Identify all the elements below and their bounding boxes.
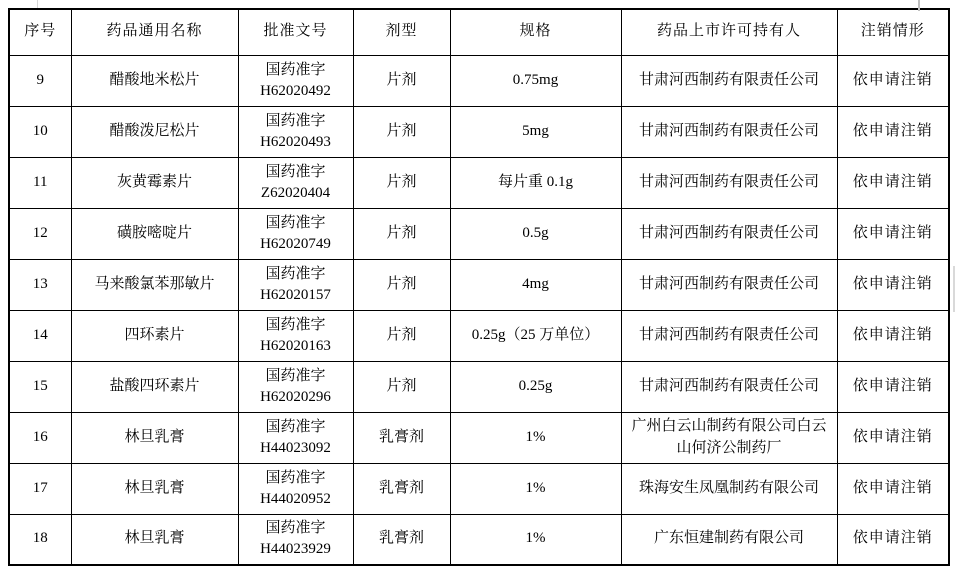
row-seq: 15 xyxy=(9,361,71,412)
row-seq: 13 xyxy=(9,259,71,310)
row-drug-name: 醋酸泼尼松片 xyxy=(71,106,238,157)
table-row: 9醋酸地米松片国药准字H62020492片剂0.75mg甘肃河西制药有限责任公司… xyxy=(9,55,949,106)
approval-prefix: 国药准字 xyxy=(245,213,347,234)
header-spec: 规格 xyxy=(450,9,621,55)
row-drug-name: 磺胺嘧啶片 xyxy=(71,208,238,259)
row-spec: 1% xyxy=(450,463,621,514)
approval-prefix: 国药准字 xyxy=(245,315,347,336)
row-status: 依申请注销 xyxy=(837,412,949,463)
table-row: 15盐酸四环素片国药准字H62020296片剂0.25g甘肃河西制药有限责任公司… xyxy=(9,361,949,412)
approval-number: H62020492 xyxy=(245,81,347,102)
header-drug-name: 药品通用名称 xyxy=(71,9,238,55)
row-status: 依申请注销 xyxy=(837,310,949,361)
row-spec: 5mg xyxy=(450,106,621,157)
approval-number: H62020493 xyxy=(245,132,347,153)
table-row: 18林旦乳膏国药准字H44023929乳膏剂1%广东恒建制药有限公司依申请注销 xyxy=(9,514,949,565)
row-holder: 甘肃河西制药有限责任公司 xyxy=(621,157,837,208)
row-holder: 广东恒建制药有限公司 xyxy=(621,514,837,565)
row-approval-no: 国药准字H62020493 xyxy=(238,106,353,157)
row-seq: 10 xyxy=(9,106,71,157)
row-spec: 1% xyxy=(450,514,621,565)
row-seq: 16 xyxy=(9,412,71,463)
row-status: 依申请注销 xyxy=(837,361,949,412)
row-spec: 0.25g xyxy=(450,361,621,412)
approval-prefix: 国药准字 xyxy=(245,518,347,539)
scan-artifact xyxy=(918,0,920,11)
row-approval-no: 国药准字H62020163 xyxy=(238,310,353,361)
table-row: 17林旦乳膏国药准字H44020952乳膏剂1%珠海安生凤凰制药有限公司依申请注… xyxy=(9,463,949,514)
approval-prefix: 国药准字 xyxy=(245,417,347,438)
row-approval-no: 国药准字H62020296 xyxy=(238,361,353,412)
row-spec: 0.75mg xyxy=(450,55,621,106)
row-dosage-form: 乳膏剂 xyxy=(353,463,450,514)
row-holder: 甘肃河西制药有限责任公司 xyxy=(621,361,837,412)
approval-prefix: 国药准字 xyxy=(245,111,347,132)
row-spec: 每片重 0.1g xyxy=(450,157,621,208)
row-approval-no: 国药准字H44020952 xyxy=(238,463,353,514)
row-spec: 4mg xyxy=(450,259,621,310)
row-approval-no: 国药准字Z62020404 xyxy=(238,157,353,208)
header-holder: 药品上市许可持有人 xyxy=(621,9,837,55)
row-spec: 0.5g xyxy=(450,208,621,259)
row-seq: 11 xyxy=(9,157,71,208)
row-drug-name: 林旦乳膏 xyxy=(71,514,238,565)
row-holder: 甘肃河西制药有限责任公司 xyxy=(621,106,837,157)
approval-prefix: 国药准字 xyxy=(245,468,347,489)
row-holder: 甘肃河西制药有限责任公司 xyxy=(621,259,837,310)
row-spec: 1% xyxy=(450,412,621,463)
row-drug-name: 林旦乳膏 xyxy=(71,412,238,463)
row-dosage-form: 乳膏剂 xyxy=(353,412,450,463)
row-approval-no: 国药准字H44023092 xyxy=(238,412,353,463)
row-seq: 9 xyxy=(9,55,71,106)
approval-number: Z62020404 xyxy=(245,183,347,204)
row-dosage-form: 片剂 xyxy=(353,55,450,106)
approval-number: H62020296 xyxy=(245,387,347,408)
row-status: 依申请注销 xyxy=(837,259,949,310)
approval-prefix: 国药准字 xyxy=(245,264,347,285)
row-dosage-form: 乳膏剂 xyxy=(353,514,450,565)
row-dosage-form: 片剂 xyxy=(353,157,450,208)
row-holder: 珠海安生凤凰制药有限公司 xyxy=(621,463,837,514)
table-header-row: 序号 药品通用名称 批准文号 剂型 规格 药品上市许可持有人 注销情形 xyxy=(9,9,949,55)
row-spec: 0.25g（25 万单位） xyxy=(450,310,621,361)
approval-number: H44023929 xyxy=(245,539,347,560)
header-approval-no: 批准文号 xyxy=(238,9,353,55)
row-seq: 14 xyxy=(9,310,71,361)
table-row: 14四环素片国药准字H62020163片剂0.25g（25 万单位）甘肃河西制药… xyxy=(9,310,949,361)
row-holder: 甘肃河西制药有限责任公司 xyxy=(621,55,837,106)
row-drug-name: 马来酸氯苯那敏片 xyxy=(71,259,238,310)
row-dosage-form: 片剂 xyxy=(353,259,450,310)
table-row: 11灰黄霉素片国药准字Z62020404片剂每片重 0.1g甘肃河西制药有限责任… xyxy=(9,157,949,208)
row-seq: 12 xyxy=(9,208,71,259)
row-status: 依申请注销 xyxy=(837,106,949,157)
table-row: 16林旦乳膏国药准字H44023092乳膏剂1%广州白云山制药有限公司白云山何济… xyxy=(9,412,949,463)
row-status: 依申请注销 xyxy=(837,208,949,259)
row-drug-name: 醋酸地米松片 xyxy=(71,55,238,106)
approval-number: H62020749 xyxy=(245,234,347,255)
approval-prefix: 国药准字 xyxy=(245,366,347,387)
row-dosage-form: 片剂 xyxy=(353,361,450,412)
table-row: 10醋酸泼尼松片国药准字H62020493片剂5mg甘肃河西制药有限责任公司依申… xyxy=(9,106,949,157)
approval-prefix: 国药准字 xyxy=(245,162,347,183)
row-drug-name: 林旦乳膏 xyxy=(71,463,238,514)
table-row: 12磺胺嘧啶片国药准字H62020749片剂0.5g甘肃河西制药有限责任公司依申… xyxy=(9,208,949,259)
header-seq: 序号 xyxy=(9,9,71,55)
row-drug-name: 盐酸四环素片 xyxy=(71,361,238,412)
row-dosage-form: 片剂 xyxy=(353,310,450,361)
row-holder: 甘肃河西制药有限责任公司 xyxy=(621,208,837,259)
approval-number: H44023092 xyxy=(245,438,347,459)
row-approval-no: 国药准字H62020157 xyxy=(238,259,353,310)
table-body: 9醋酸地米松片国药准字H62020492片剂0.75mg甘肃河西制药有限责任公司… xyxy=(9,55,949,565)
drug-cancellation-table: 序号 药品通用名称 批准文号 剂型 规格 药品上市许可持有人 注销情形 9醋酸地… xyxy=(8,8,950,566)
table-row: 13马来酸氯苯那敏片国药准字H62020157片剂4mg甘肃河西制药有限责任公司… xyxy=(9,259,949,310)
row-drug-name: 灰黄霉素片 xyxy=(71,157,238,208)
row-status: 依申请注销 xyxy=(837,463,949,514)
approval-number: H62020163 xyxy=(245,336,347,357)
header-status: 注销情形 xyxy=(837,9,949,55)
approval-number: H44020952 xyxy=(245,489,347,510)
header-dosage-form: 剂型 xyxy=(353,9,450,55)
row-dosage-form: 片剂 xyxy=(353,106,450,157)
row-seq: 18 xyxy=(9,514,71,565)
row-dosage-form: 片剂 xyxy=(353,208,450,259)
row-drug-name: 四环素片 xyxy=(71,310,238,361)
approval-prefix: 国药准字 xyxy=(245,60,347,81)
row-status: 依申请注销 xyxy=(837,514,949,565)
row-approval-no: 国药准字H62020749 xyxy=(238,208,353,259)
approval-number: H62020157 xyxy=(245,285,347,306)
row-status: 依申请注销 xyxy=(837,55,949,106)
row-seq: 17 xyxy=(9,463,71,514)
row-approval-no: 国药准字H44023929 xyxy=(238,514,353,565)
row-approval-no: 国药准字H62020492 xyxy=(238,55,353,106)
row-holder: 广州白云山制药有限公司白云山何济公制药厂 xyxy=(621,412,837,463)
row-status: 依申请注销 xyxy=(837,157,949,208)
row-holder: 甘肃河西制药有限责任公司 xyxy=(621,310,837,361)
scan-artifact xyxy=(37,0,38,8)
